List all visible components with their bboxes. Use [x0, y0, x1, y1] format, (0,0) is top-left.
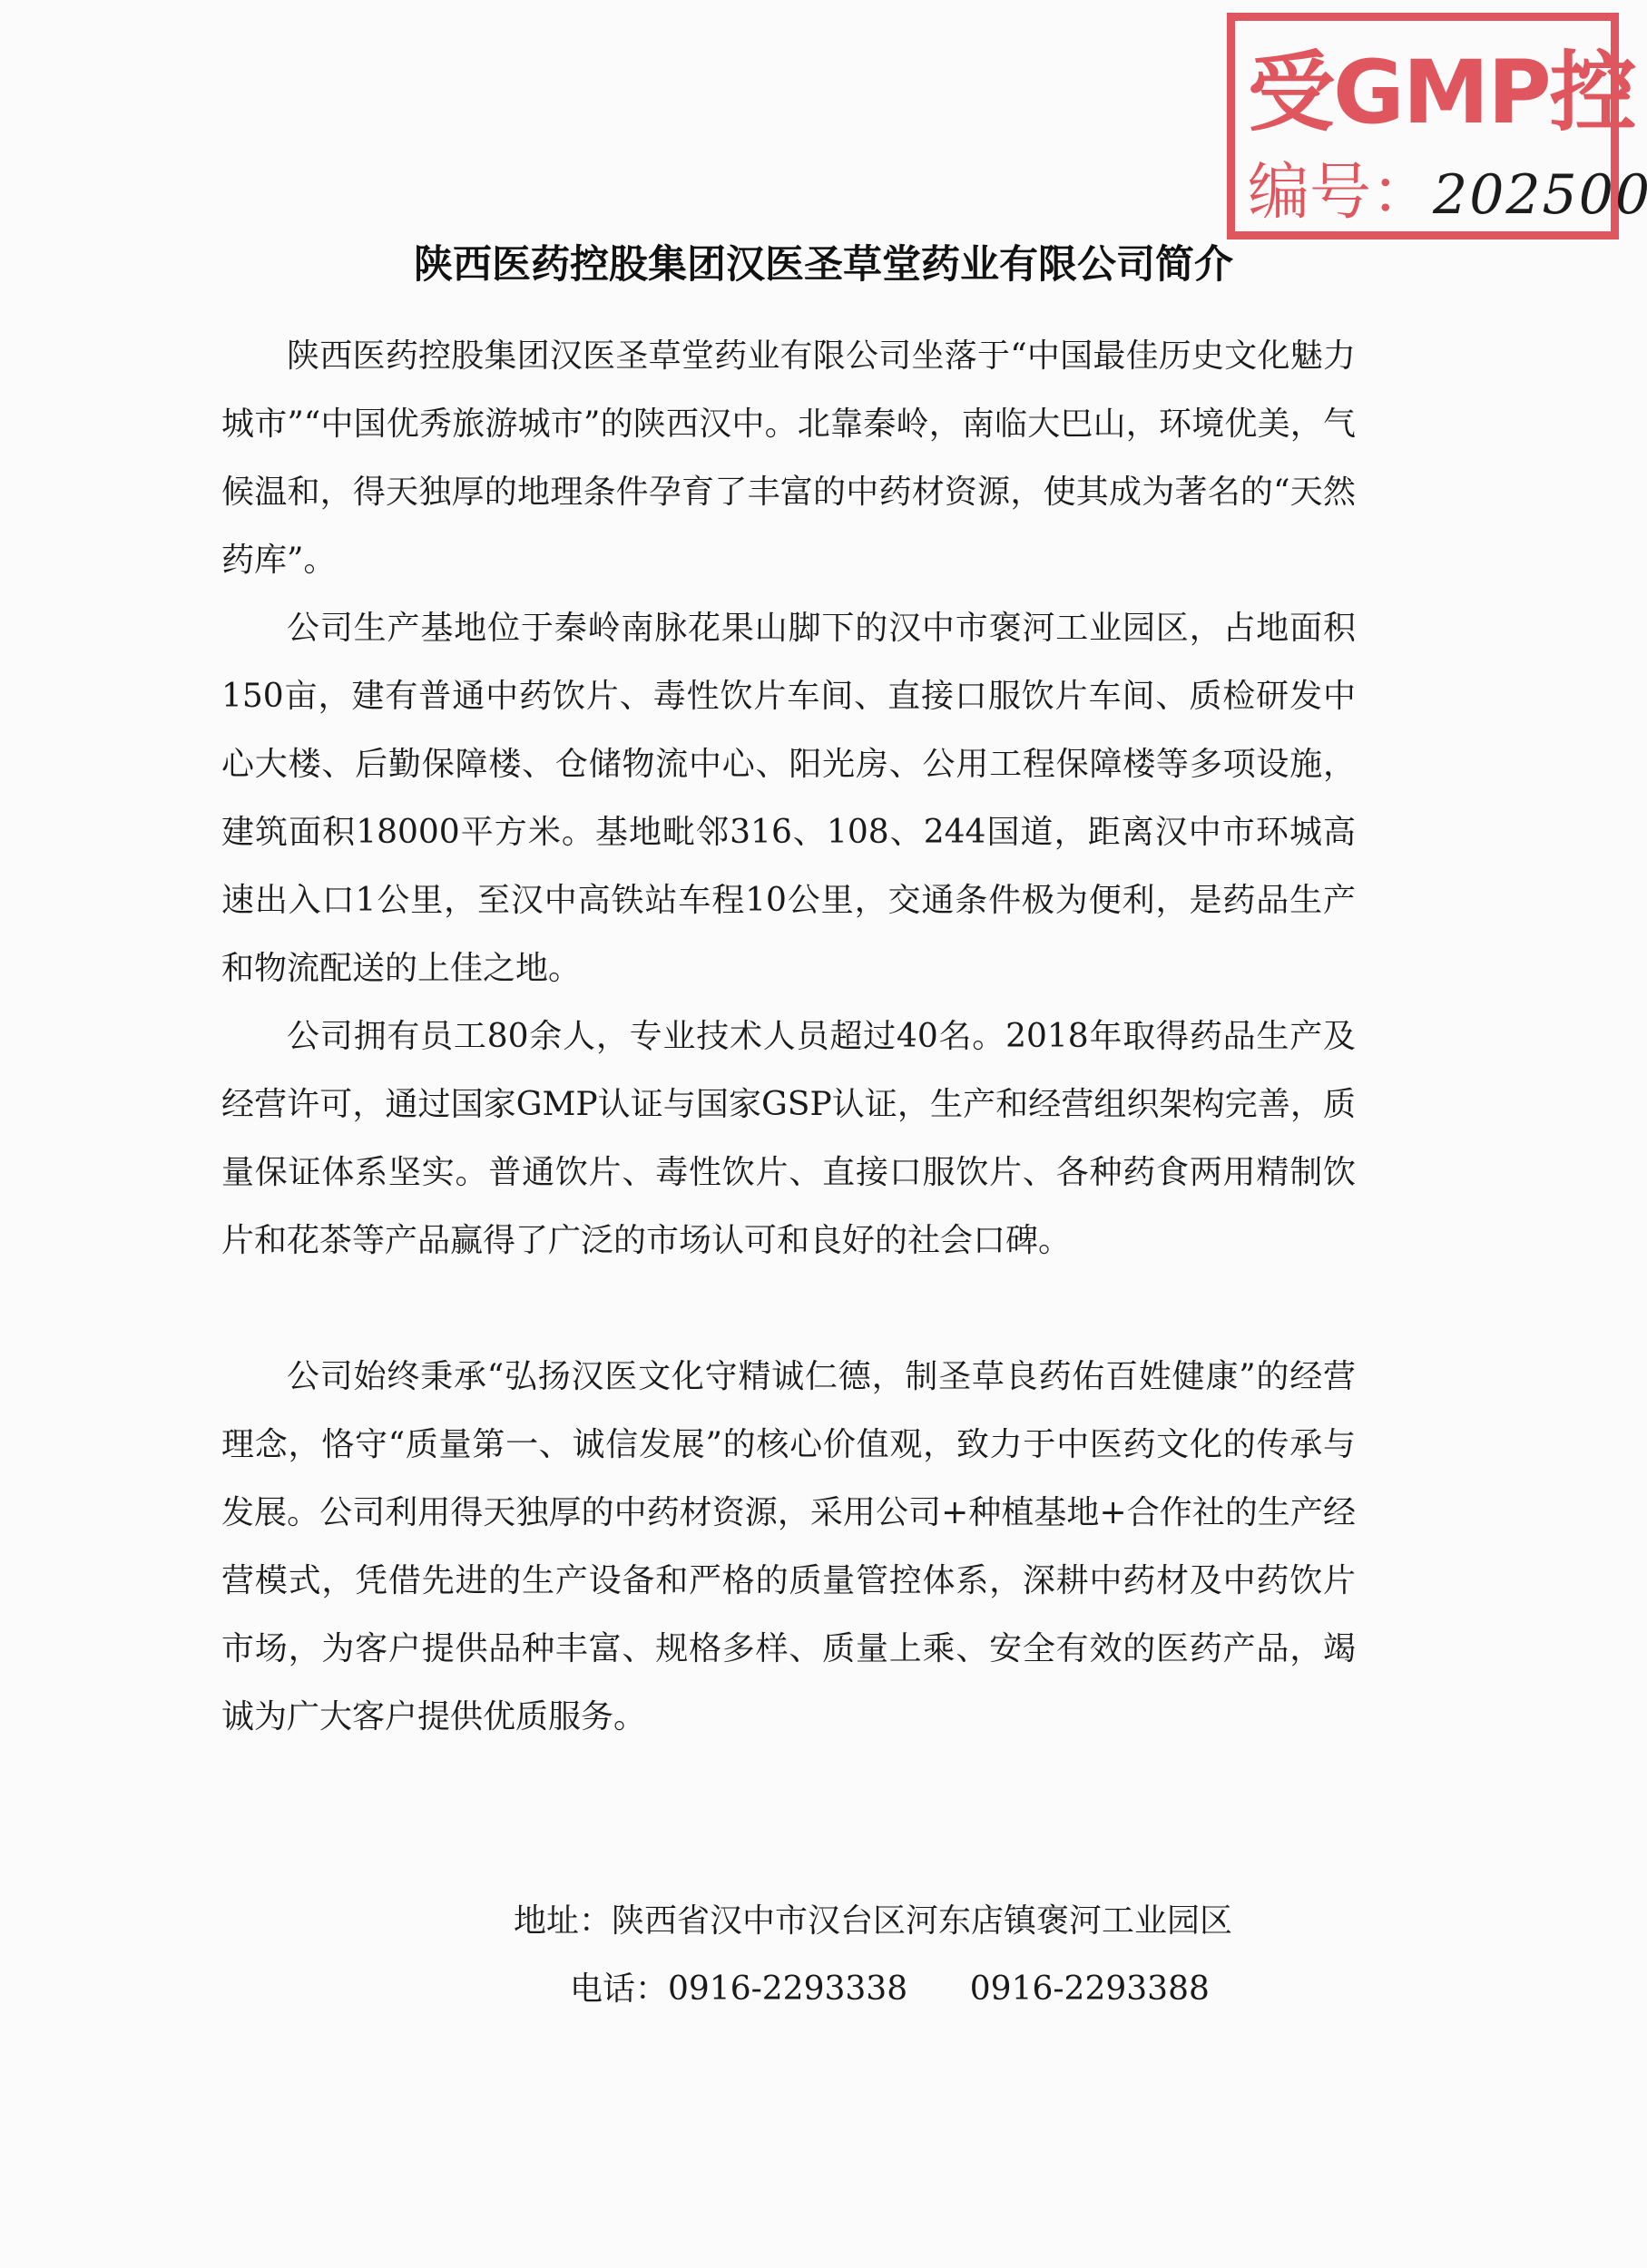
- company-phone: 电话：0916-2293338 0916-2293388: [570, 1967, 1210, 2012]
- paragraph-location: 陕西医药控股集团汉医圣草堂药业有限公司坐落于“中国最佳历史文化魅力城市”“中国优…: [221, 322, 1356, 594]
- document-title: 陕西医药控股集团汉医圣草堂药业有限公司简介: [0, 234, 1647, 289]
- stamp-number-handwritten: 2025001: [1433, 163, 1647, 227]
- stamp-heading: 受GMP控: [1248, 43, 1607, 142]
- paragraph-philosophy-services: 公司始终秉承“弘扬汉医文化守精诚仁德，制圣草良药佑百姓健康”的经营理念，恪守“质…: [221, 1343, 1356, 1751]
- stamp-number-row: 编号：2025001: [1248, 157, 1647, 231]
- gmp-control-stamp: 受GMP控 编号：2025001: [1227, 13, 1619, 240]
- paragraph-staff-certification: 公司拥有员工80余人，专业技术人员超过40名。2018年取得药品生产及经营许可，…: [221, 1002, 1356, 1275]
- stamp-number-label: 编号：: [1248, 157, 1433, 229]
- company-address: 地址：陕西省汉中市汉台区河东店镇褒河工业园区: [514, 1899, 1232, 1944]
- paragraph-production-base: 公司生产基地位于秦岭南脉花果山脚下的汉中市褒河工业园区，占地面积150亩，建有普…: [221, 594, 1356, 1002]
